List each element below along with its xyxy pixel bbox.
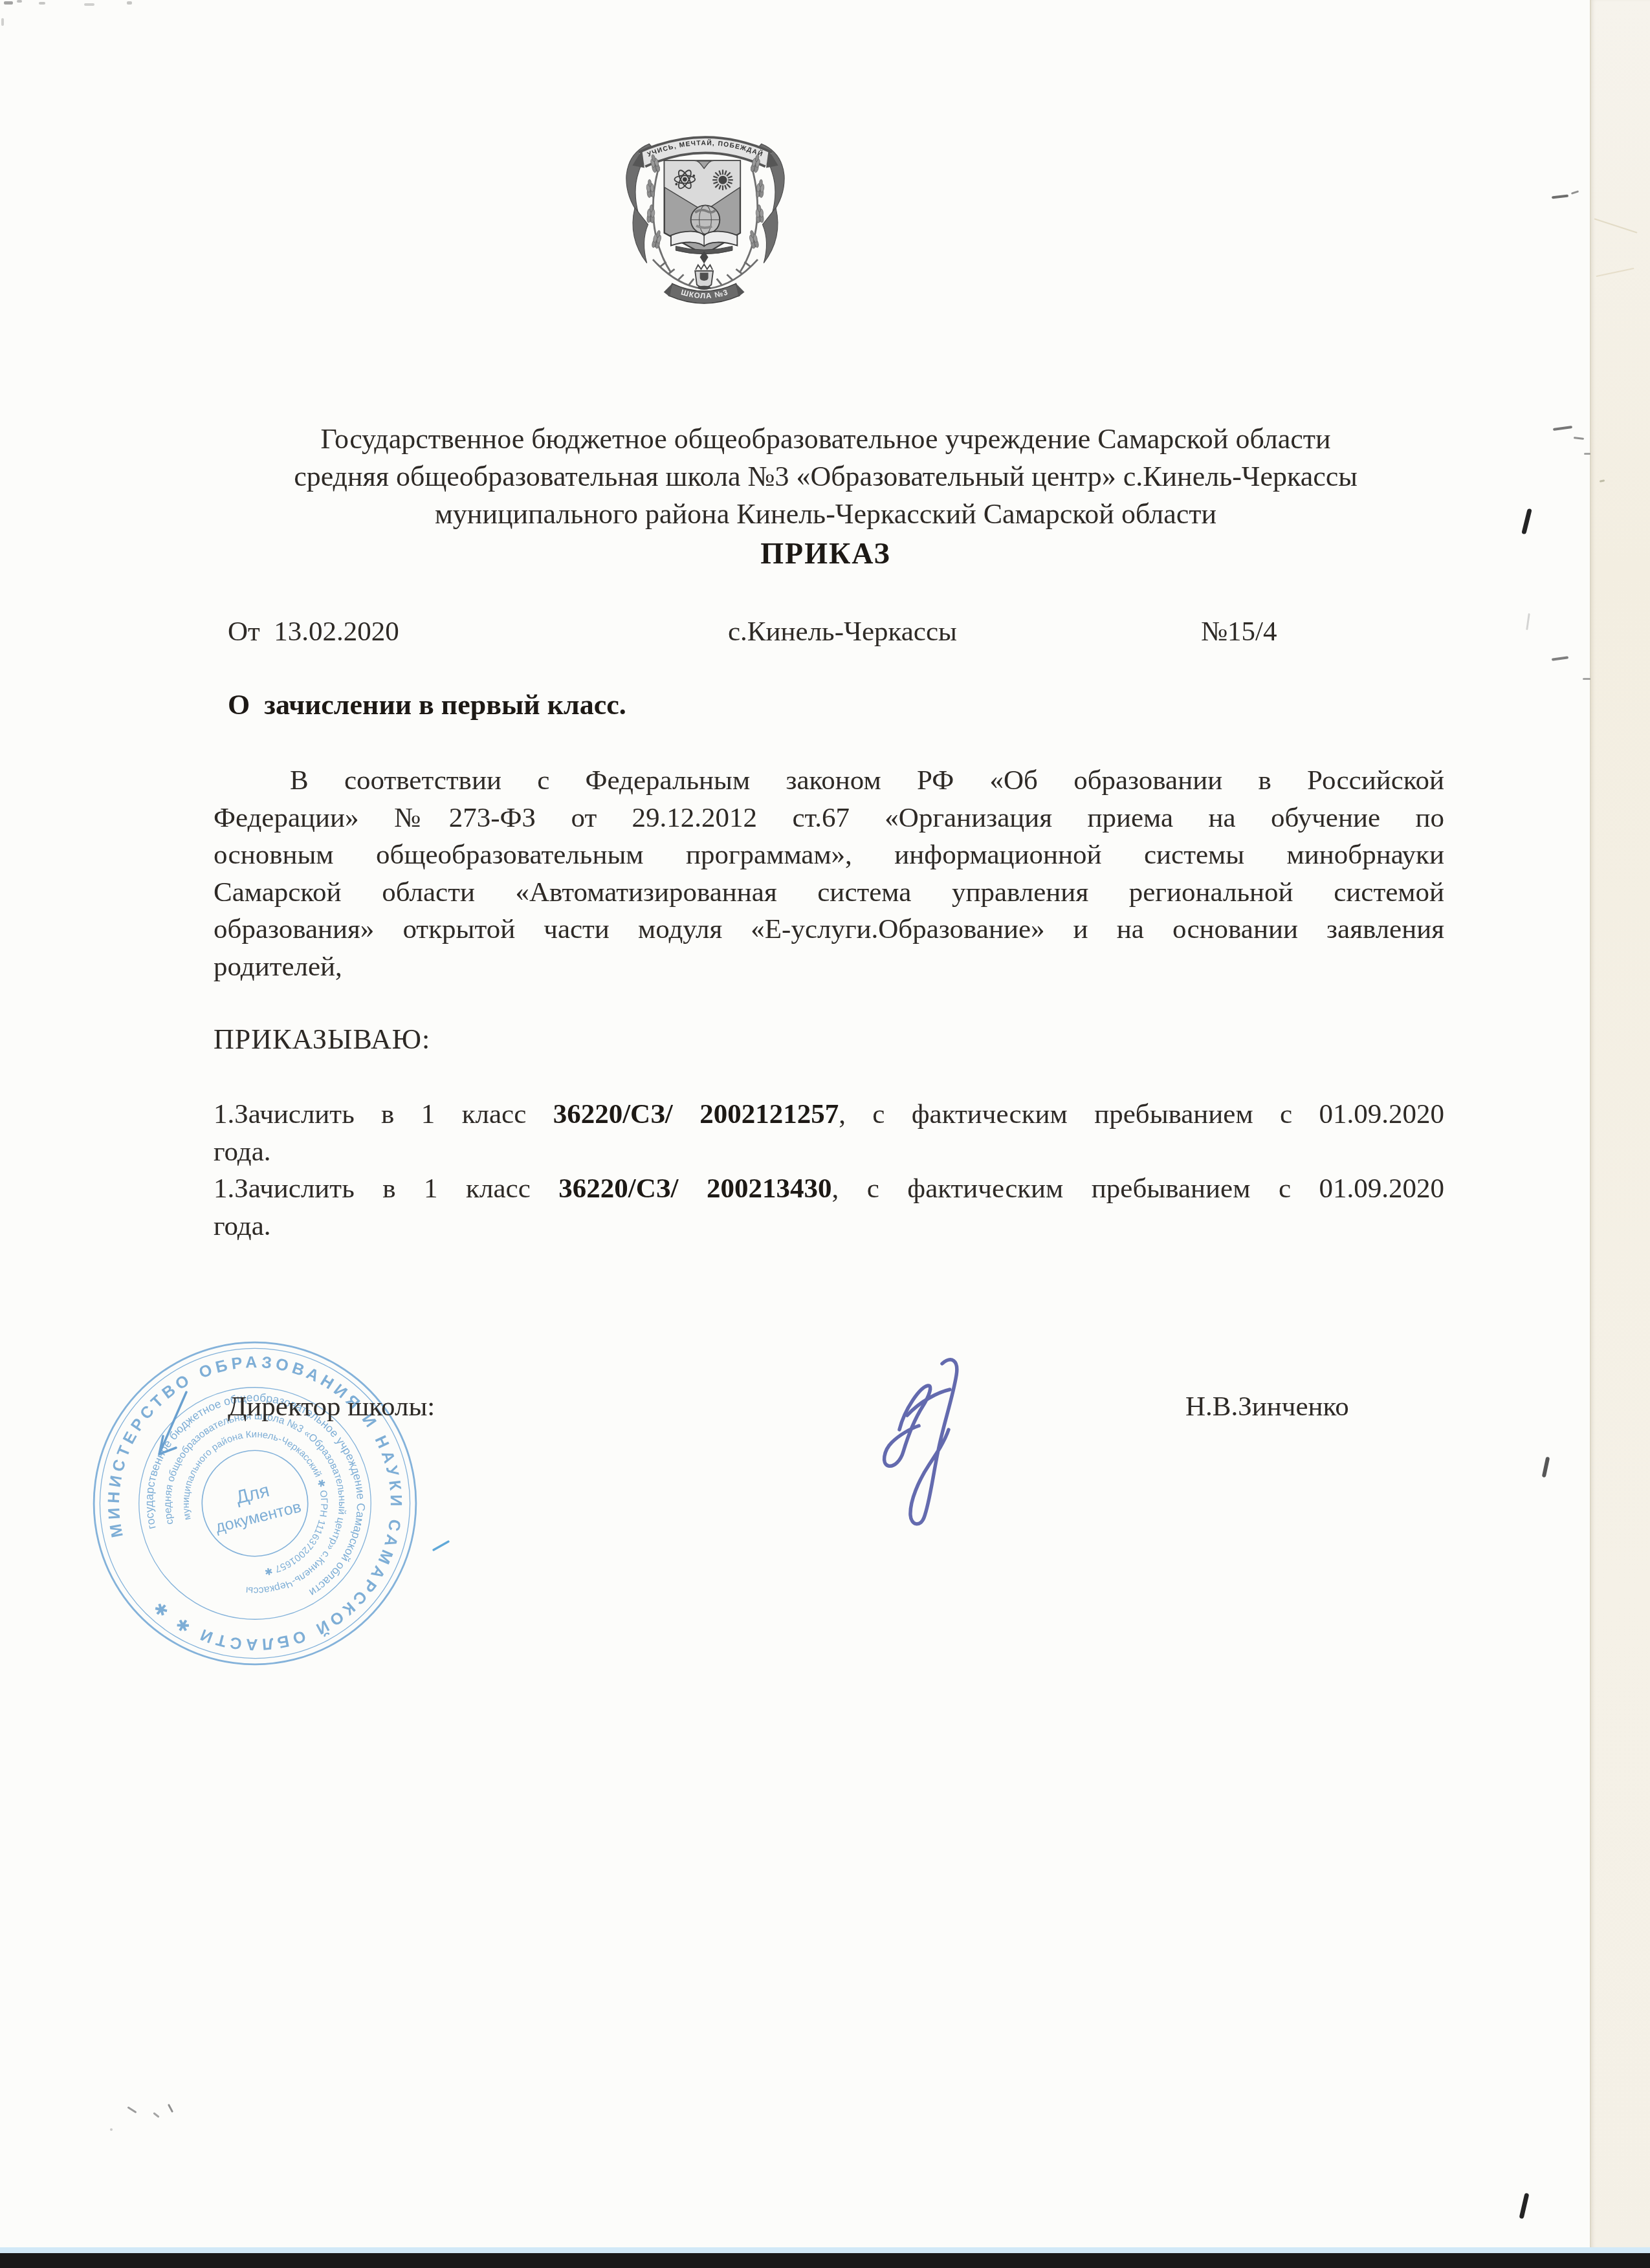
header-line-3: муниципального района Кинель-Черкасский … [208,496,1443,533]
command-word: ПРИКАЗЫВАЮ: [214,1023,430,1056]
enrollment-code: 36220/СЗ/ 200213430 [558,1173,831,1204]
order-items: 1.Зачислить в 1 класс 36220/СЗ/ 20021212… [214,1096,1444,1245]
scanned-order-document: { "colors": { "paper": "#fcfcfa", "text"… [0,0,1650,2268]
order-item-line: 1.Зачислить в 1 класс 36220/СЗ/ 20021212… [214,1096,1444,1133]
scan-slash [1519,2193,1530,2219]
pencil-mark [168,2104,173,2113]
header-line-2: средняя общеобразовательная школа №3 «Об… [208,458,1443,496]
globe-icon [691,205,720,234]
scan-speck [84,3,94,6]
header-line-1: Государственное бюджетное общеобразовате… [208,420,1443,458]
stamp-center-line1: Для [234,1480,271,1509]
emblem-shield [665,160,740,263]
scan-speck [39,2,45,5]
sun-icon [712,169,733,190]
scan-mark [1571,190,1579,195]
order-number: №15/4 [1201,616,1277,648]
pencil-mark [127,2106,137,2113]
para-line: Федерации» №273-ФЗ от 29.12.2012 ст.67 «… [214,800,1444,837]
item-prefix: 1.Зачислить в 1 класс [214,1099,553,1129]
scan-mark [1574,437,1584,440]
order-item-tail: года. [214,1133,1444,1171]
order-place: с.Кинель-Черкассы [728,616,957,648]
scan-mark [1583,678,1590,680]
director-signature [866,1353,989,1541]
document-header: Государственное бюджетное общеобразовате… [208,420,1443,572]
pencil-mark [110,2128,113,2131]
scan-slash [1542,1457,1550,1478]
scan-mark [1552,195,1568,199]
para-line: основным общеобразовательным программам»… [214,836,1444,874]
scan-speck [4,1,13,5]
item-suffix: , с фактическим пребыванием с 01.09.2020 [831,1173,1444,1204]
para-line: В соответствии с Федеральным законом РФ … [214,762,1444,800]
school-emblem: УЧИСЬ, МЕЧТАЙ, ПОБЕЖДАЙ [618,116,793,317]
order-date: От 13.02.2020 [228,616,399,648]
item-prefix: 1.Зачислить в 1 класс [214,1173,558,1204]
director-name: Н.В.Зинченко [1185,1391,1349,1423]
order-item-line: 1.Зачислить в 1 класс 36220/СЗ/ 20021343… [214,1170,1444,1208]
pen-tick-mark [432,1540,450,1553]
scan-mark [1552,656,1568,661]
item-suffix: , с фактическим пребыванием с 01.09.2020 [839,1099,1444,1129]
scan-mark [1526,613,1530,630]
pencil-mark [153,2112,160,2118]
scan-speck [17,0,22,3]
scan-mark [1584,453,1590,455]
para-line: образования» открытой части модуля «Е-ус… [214,911,1444,948]
body-paragraph: В соответствии с Федеральным законом РФ … [214,762,1444,985]
enrollment-code: 36220/СЗ/ 2002121257 [553,1099,839,1129]
scan-slash [1521,508,1532,535]
scan-bottom-bar [0,2253,1650,2268]
pen-arrow-mark [150,1388,192,1463]
wheat-right [740,154,765,273]
subject-line: О зачислении в первый класс. [228,688,626,721]
para-line: родителей, [214,948,1444,986]
official-stamp: МИНИСТЕРСТВО ОБРАЗОВАНИЯ И НАУКИ САМАРСК… [87,1324,423,1683]
scan-edge-strip [1590,0,1650,2268]
scan-speck [127,1,132,5]
order-item-tail: года. [214,1208,1444,1245]
trophy-icon [695,265,713,290]
doc-type-title: ПРИКАЗ [208,535,1443,572]
director-label: Директор школы: [228,1391,435,1423]
scan-speck [1,18,4,26]
para-line: Самарской области «Автоматизированная си… [214,874,1444,911]
scan-mark [1553,426,1572,431]
